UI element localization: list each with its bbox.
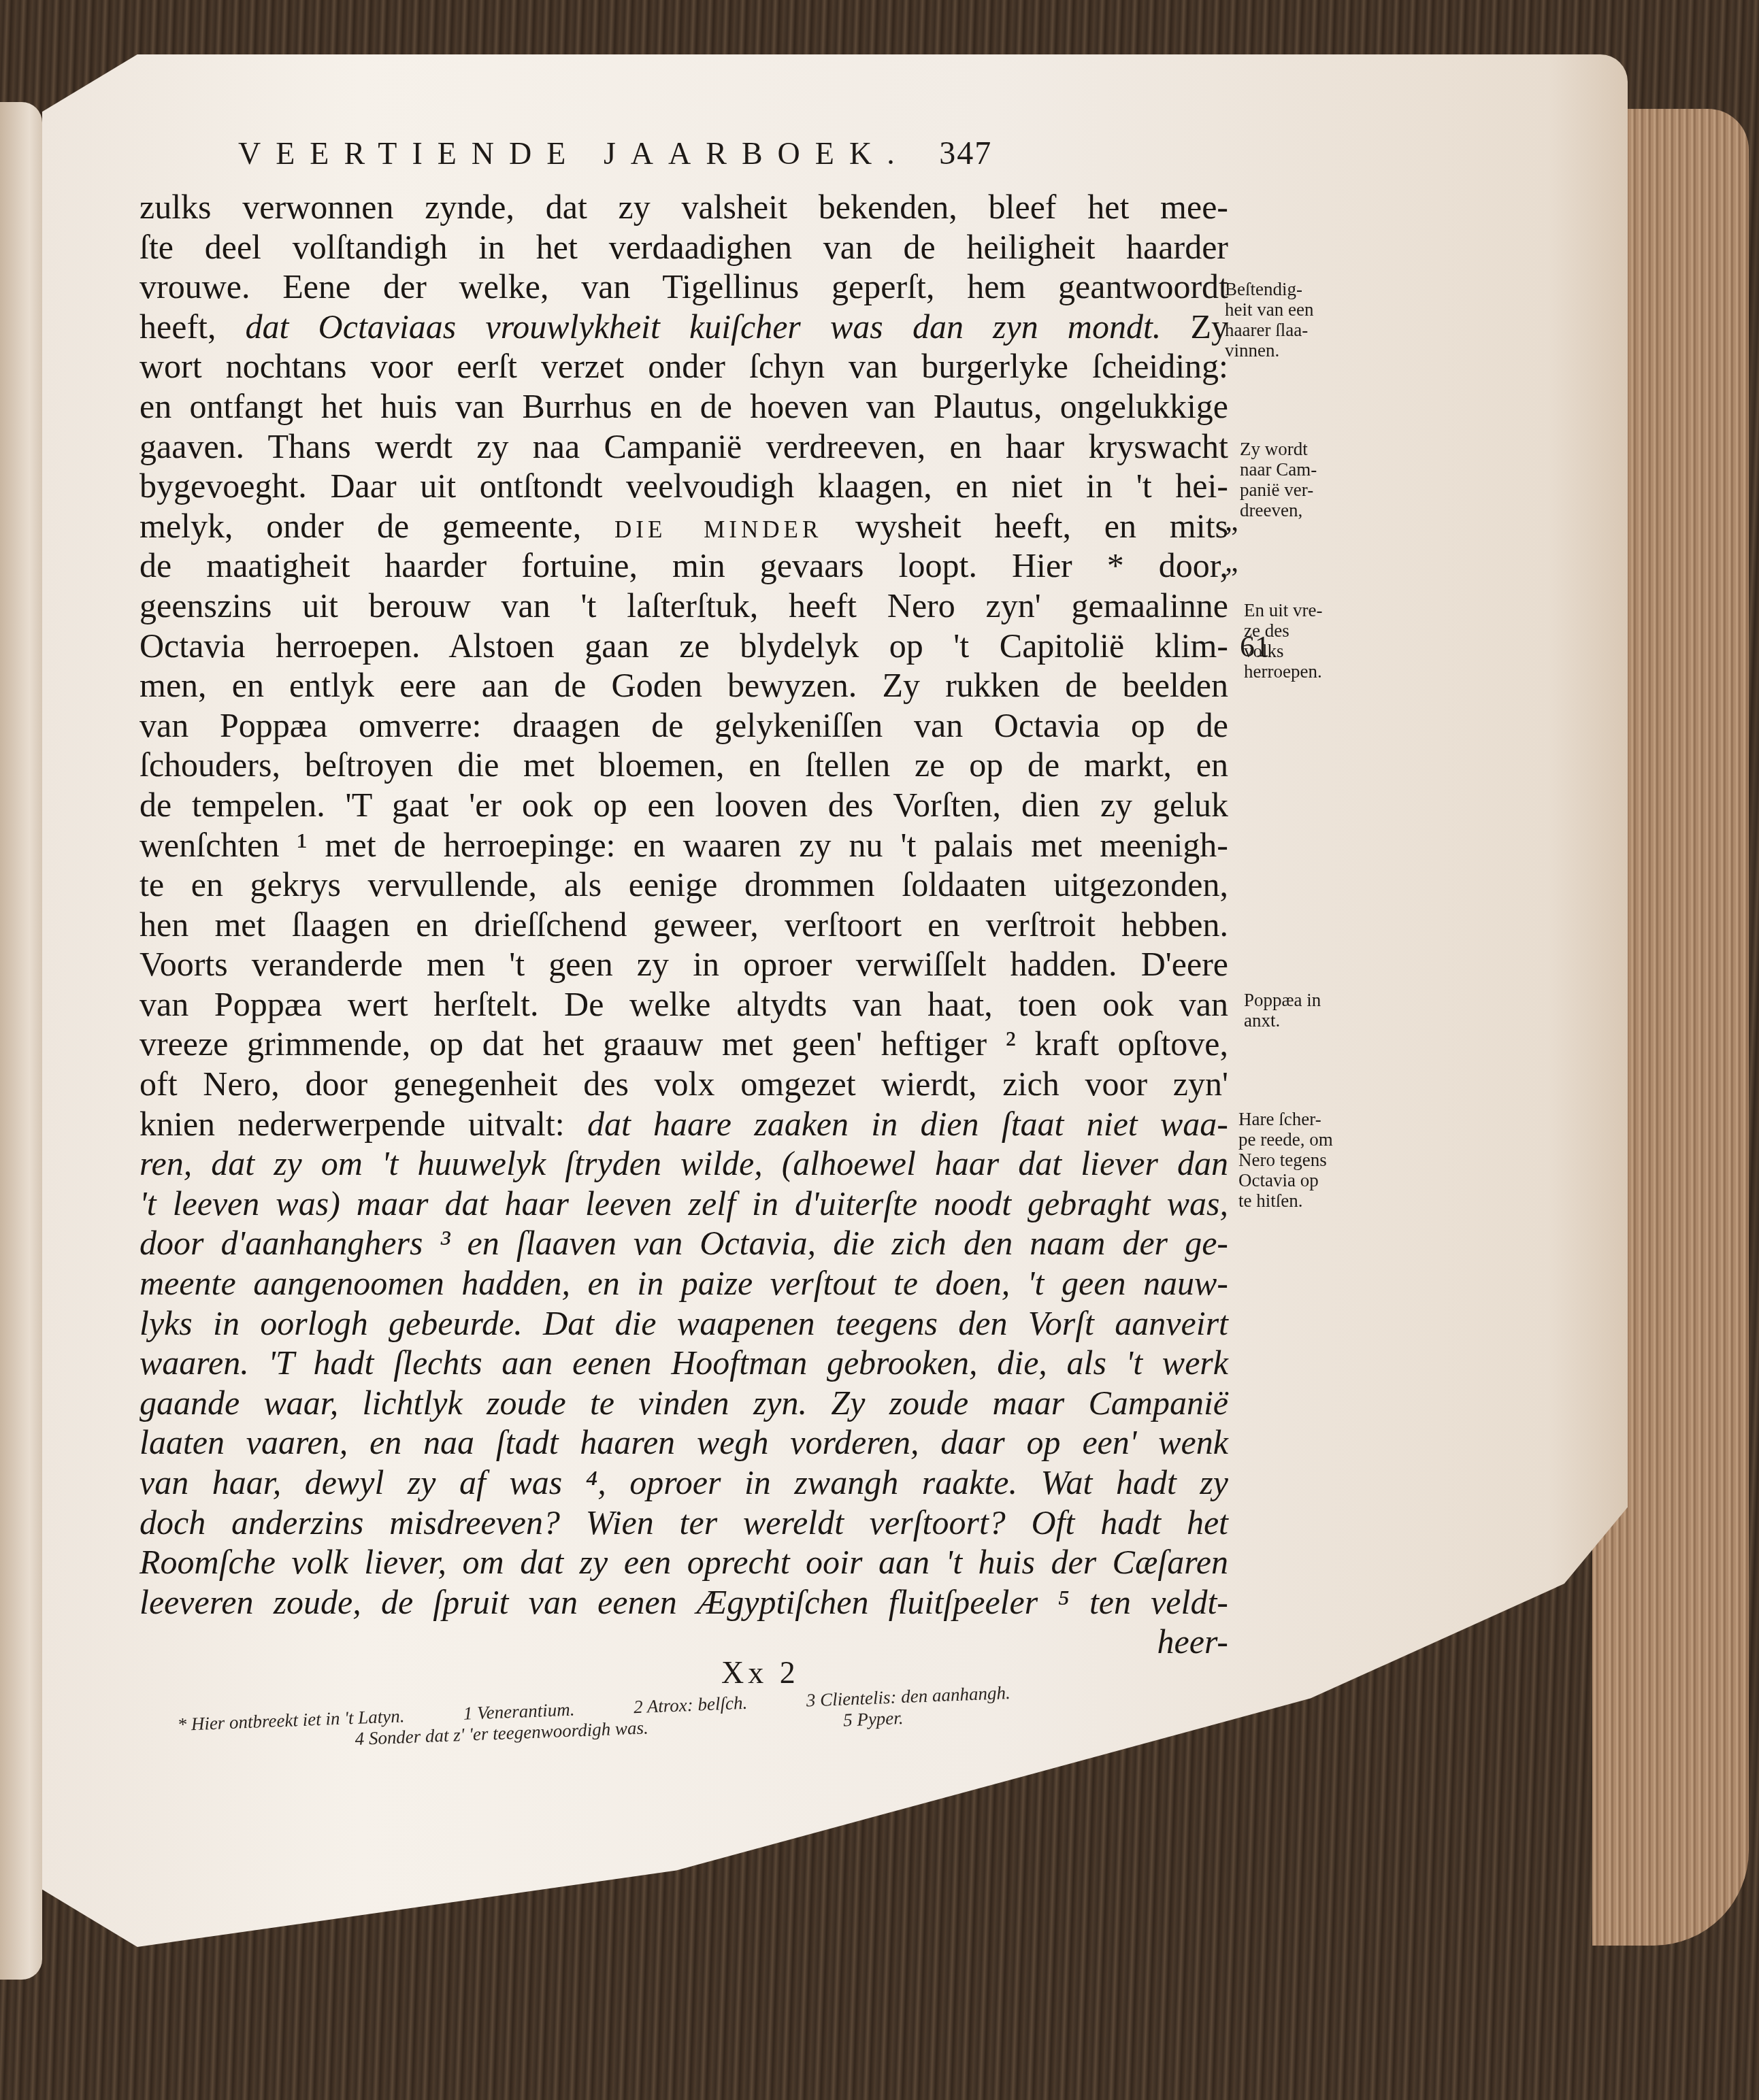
text-line: te en gekrys vervullende, als eenige dro…	[139, 865, 1228, 905]
text-line: 't leeven was) maar dat haar leeven zelf…	[139, 1184, 1228, 1224]
text-line: en ontfangt het huis van Burrhus en de h…	[139, 386, 1228, 427]
margin-note-line: En uit vre-	[1244, 600, 1373, 620]
text-line: vreeze grimmende, op dat het graauw met …	[139, 1024, 1228, 1064]
margin-note-line: Zy wordt	[1240, 439, 1369, 459]
text-line: geenszins uit berouw van 't laſterſtuk, …	[139, 586, 1228, 626]
text-line: van haar, dewyl zy af was ⁴, oproer in z…	[139, 1463, 1228, 1503]
margin-note-line: Hare ſcher-	[1238, 1109, 1368, 1129]
text-line: bygevoeght. Daar uit ontſtondt veelvoudi…	[139, 466, 1228, 506]
main-text-block: zulks verwonnen zynde, dat zy valsheit b…	[139, 187, 1228, 1662]
text-line: waaren. 'T hadt ſlechts aan eenen Hooftm…	[139, 1343, 1228, 1383]
text-line: melyk, onder de gemeente, die minder wys…	[139, 506, 1228, 546]
margin-note-line: herroepen.	[1244, 661, 1373, 682]
margin-note-line: Beſtendig-	[1225, 279, 1354, 299]
running-head: VEERTIENDE JAARBOEK. 347	[238, 135, 1204, 172]
margin-note-5: Hare ſcher-pe reede, omNero tegensOctavi…	[1238, 1109, 1368, 1211]
margin-note-line: naar Cam-	[1240, 459, 1369, 480]
signature-mark: Xx 2	[721, 1654, 800, 1690]
text-line: de maatigheit haarder fortuine, min geva…	[139, 546, 1228, 586]
margin-note-line: Octavia op	[1238, 1170, 1368, 1190]
text-line: ſchouders, beſtroyen die met bloemen, en…	[139, 745, 1228, 785]
text-line: zulks verwonnen zynde, dat zy valsheit b…	[139, 187, 1228, 227]
margin-note-line: heit van een	[1225, 299, 1354, 320]
text-line: gaande waar, lichtlyk zoude te vinden zy…	[139, 1383, 1228, 1423]
text-line: doch anderzins misdreeven? Wien ter were…	[139, 1503, 1228, 1543]
text-line: wort nochtans voor eerſt verzet onder ſc…	[139, 346, 1228, 386]
margin-note-4: Poppæa inanxt.	[1244, 990, 1373, 1031]
text-line: door d'aanhanghers ³ en ſlaaven van Octa…	[139, 1223, 1228, 1263]
text-line: Octavia herroepen. Alstoen gaan ze blyde…	[139, 626, 1228, 666]
text-line: van Poppæa omverre: draagen de gelykeniſ…	[139, 705, 1228, 746]
margin-note-line: dreeven,	[1240, 500, 1369, 520]
margin-note-line: pe reede, om	[1238, 1129, 1368, 1150]
text-line: knien nederwerpende uitvalt: dat haare z…	[139, 1104, 1228, 1144]
margin-note-line: Nero tegens	[1238, 1150, 1368, 1170]
text-line: oft Nero, door genegenheit des volx omge…	[139, 1064, 1228, 1104]
text-line: van Poppæa wert herſtelt. De welke altyd…	[139, 984, 1228, 1024]
text-line: men, en entlyk eere aan de Goden bewyzen…	[139, 665, 1228, 705]
margin-note-line: anxt.	[1244, 1010, 1373, 1031]
margin-note-line: Poppæa in	[1244, 990, 1373, 1010]
quote-mark-2: „	[1225, 544, 1238, 579]
margin-note-3: En uit vre-ze desvolksherroepen.	[1244, 600, 1373, 682]
running-head-title: VEERTIENDE JAARBOEK.	[238, 136, 910, 171]
quote-mark-1: „	[1225, 503, 1238, 538]
text-line: leeveren zoude, de ſpruit van eenen Ægyp…	[139, 1582, 1228, 1622]
margin-note-1: Beſtendig-heit van eenhaarer ſlaa-vinnen…	[1225, 279, 1354, 361]
footnote-1: 1 Venerantium.	[463, 1699, 575, 1724]
text-line: Roomſche volk liever, om dat zy een opre…	[139, 1542, 1228, 1582]
text-line: vrouwe. Eene der welke, van Tigellinus g…	[139, 267, 1228, 307]
text-line: wenſchten ¹ met de herroepinge: en waare…	[139, 825, 1228, 865]
text-line: gaaven. Thans werdt zy naa Campanië verd…	[139, 427, 1228, 467]
margin-note-line: panië ver-	[1240, 480, 1369, 500]
margin-note-line: te hitſen.	[1238, 1190, 1368, 1211]
text-line: lyks in oorlogh gebeurde. Dat die waapen…	[139, 1303, 1228, 1344]
text-line: meente aangenoomen hadden, en in paize v…	[139, 1263, 1228, 1303]
text-line: hen met ſlaagen en drieſſchend geweer, v…	[139, 905, 1228, 945]
text-line: de tempelen. 'T gaat 'er ook op een loov…	[139, 785, 1228, 825]
margin-note-line: haarer ſlaa-	[1225, 320, 1354, 340]
text-line: heer-	[139, 1622, 1228, 1662]
margin-note-line: vinnen.	[1225, 340, 1354, 361]
text-line: ren, dat zy om 't huuwelyk ſtryden wilde…	[139, 1144, 1228, 1184]
text-line: laaten vaaren, en naa ſtadt haaren wegh …	[139, 1422, 1228, 1463]
margin-note-2: Zy wordtnaar Cam-panië ver-dreeven,	[1240, 439, 1369, 520]
margin-note-line: volks	[1244, 641, 1373, 661]
text-line: Voorts veranderde men 't geen zy in opro…	[139, 944, 1228, 984]
text-line: ſte deel volſtandigh in het verdaadighen…	[139, 227, 1228, 267]
page-number: 347	[939, 135, 992, 171]
text-line: heeft, dat Octaviaas vrouwlykheit kuiſch…	[139, 307, 1228, 347]
footnote-5: 5 Pyper.	[843, 1707, 904, 1730]
margin-note-line: ze des	[1244, 620, 1373, 641]
